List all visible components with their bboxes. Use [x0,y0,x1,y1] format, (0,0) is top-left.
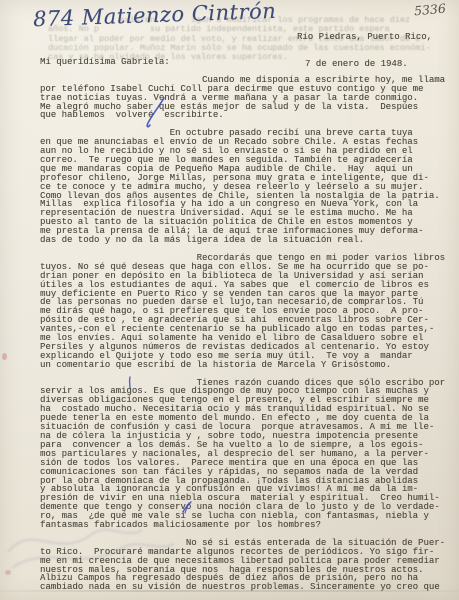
letter-line: fantasmas fabricados maliciosamente por … [40,521,445,530]
handwritten-insert-mark-icon [140,95,170,135]
paragraph: No sé si estás enterada de la situación … [40,539,445,592]
paper-crease [0,590,459,592]
ink-smudge [5,570,11,575]
paragraph: En octubre pasado recibí una breve carta… [40,129,445,245]
paragraph: Cuando me disponía a escribirte hoy, me … [40,76,445,121]
salutation: Mi queridísima Gabriela: [40,58,445,67]
letter-line: que hablemos volveré escribirte. [40,111,445,120]
letter-page: existen igan a modificar los programas d… [0,0,459,600]
handwritten-touchup-mark-icon [125,376,135,390]
letter-line: das de todo y no da la más ligera idea d… [40,236,445,245]
paragraph: Tienes razón cuando dices que sólo escri… [40,379,445,530]
paragraph: Recordarás que tengo en mi poder varios … [40,254,445,370]
letter-body: Mi queridísima Gabriela: Cuando me dispo… [40,58,445,592]
letter-line: un comentario que escribí de la historia… [40,361,445,370]
ink-smudge [2,353,7,360]
handwritten-si-correction-icon [180,501,194,515]
dateline-place: Río Piedras, Puerto Rico, [297,33,432,42]
